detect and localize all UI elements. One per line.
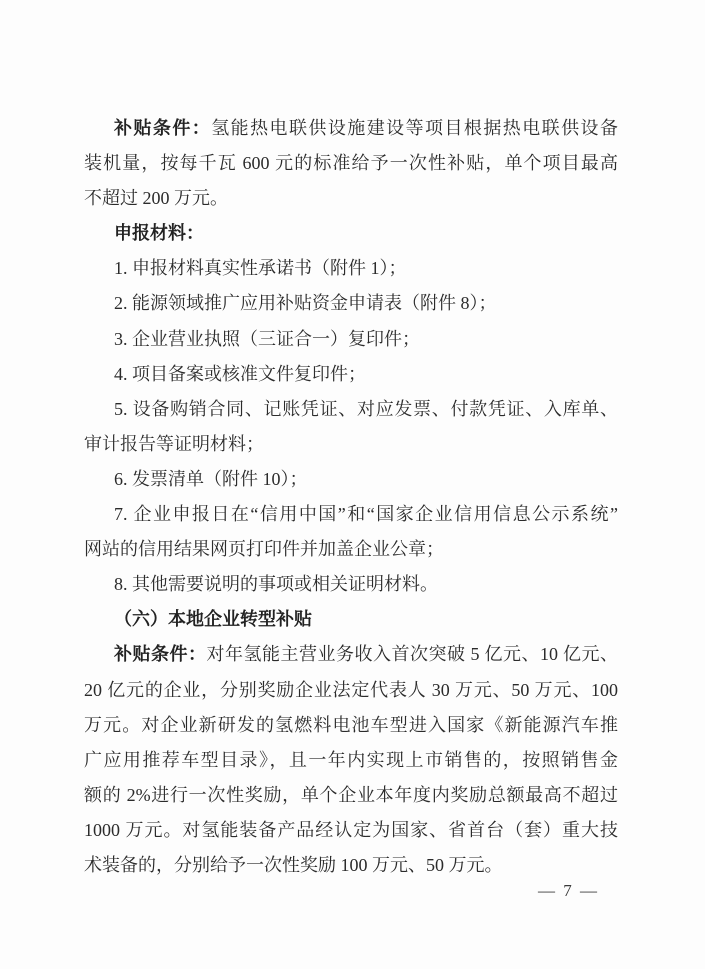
- text-line-20: 额的 2%进行一次性奖励，单个企业本年度内奖励总额最高不超过: [84, 778, 618, 813]
- text-line-2: 装机量，按每千瓦 600 元的标准给予一次性补贴，单个项目最高: [84, 146, 618, 181]
- text-line-7: 3. 企业营业执照（三证合一）复印件；: [84, 322, 618, 357]
- text-segment: 不超过 200 万元。: [84, 188, 228, 208]
- text-segment: 1. 申报材料真实性承诺书（附件 1）；: [114, 258, 407, 278]
- text-segment: 对年氢能主营业务收入首次突破 5 亿元、10 亿元、: [207, 644, 619, 664]
- text-line-17: 20 亿元的企业，分别奖励企业法定代表人 30 万元、50 万元、100: [84, 673, 618, 708]
- text-line-4: 申报材料：: [84, 216, 618, 251]
- text-line-19: 广应用推荐车型目录》，且一年内实现上市销售的，按照销售金: [84, 743, 618, 778]
- text-segment: 术装备的，分别给予一次性奖励 100 万元、50 万元。: [84, 855, 503, 875]
- text-line-11: 6. 发票清单（附件 10）；: [84, 462, 618, 497]
- text-segment: 额的 2%进行一次性奖励，单个企业本年度内奖励总额最高不超过: [84, 785, 618, 805]
- bold-lead-label: 补贴条件：: [114, 118, 211, 138]
- text-segment: 装机量，按每千瓦 600 元的标准给予一次性补贴，单个项目最高: [84, 153, 618, 173]
- document-page: 补贴条件：氢能热电联供设施建设等项目根据热电联供设备装机量，按每千瓦 600 元…: [0, 0, 705, 969]
- text-segment: 2. 能源领域推广应用补贴资金申请表（附件 8）；: [114, 293, 497, 313]
- text-line-16: 补贴条件：对年氢能主营业务收入首次突破 5 亿元、10 亿元、: [84, 637, 618, 672]
- text-line-5: 1. 申报材料真实性承诺书（附件 1）；: [84, 251, 618, 286]
- text-segment: 万元。对企业新研发的氢燃料电池车型进入国家《新能源汽车推: [84, 715, 618, 735]
- text-segment: 氢能热电联供设施建设等项目根据热电联供设备: [211, 118, 618, 138]
- bold-lead-label: 补贴条件：: [114, 644, 207, 664]
- text-segment: 审计报告等证明材料；: [84, 434, 264, 454]
- document-body: 补贴条件：氢能热电联供设施建设等项目根据热电联供设备装机量，按每千瓦 600 元…: [84, 111, 618, 883]
- bold-lead-label: （六）本地企业转型补贴: [114, 609, 312, 629]
- text-segment: 网站的信用结果网页打印件并加盖企业公章；: [84, 539, 444, 559]
- text-segment: 3. 企业营业执照（三证合一）复印件；: [114, 329, 420, 349]
- text-segment: 1000 万元。对氢能装备产品经认定为国家、省首台（套）重大技: [84, 820, 618, 840]
- text-line-15: （六）本地企业转型补贴: [84, 602, 618, 637]
- text-segment: 4. 项目备案或核准文件复印件；: [114, 364, 366, 384]
- text-line-22: 术装备的，分别给予一次性奖励 100 万元、50 万元。: [84, 848, 618, 883]
- page-number: — 7 —: [538, 881, 599, 901]
- text-line-8: 4. 项目备案或核准文件复印件；: [84, 357, 618, 392]
- text-segment: 7. 企业申报日在“信用中国”和“国家企业信用信息公示系统”: [114, 504, 618, 524]
- text-line-10: 审计报告等证明材料；: [84, 427, 618, 462]
- text-line-3: 不超过 200 万元。: [84, 181, 618, 216]
- text-line-6: 2. 能源领域推广应用补贴资金申请表（附件 8）；: [84, 286, 618, 321]
- text-line-14: 8. 其他需要说明的事项或相关证明材料。: [84, 567, 618, 602]
- text-line-9: 5. 设备购销合同、记账凭证、对应发票、付款凭证、入库单、: [84, 392, 618, 427]
- text-line-21: 1000 万元。对氢能装备产品经认定为国家、省首台（套）重大技: [84, 813, 618, 848]
- text-segment: 6. 发票清单（附件 10）；: [114, 469, 308, 489]
- bold-lead-label: 申报材料：: [114, 223, 204, 243]
- text-segment: 20 亿元的企业，分别奖励企业法定代表人 30 万元、50 万元、100: [84, 680, 618, 700]
- text-segment: 广应用推荐车型目录》，且一年内实现上市销售的，按照销售金: [84, 750, 618, 770]
- text-line-12: 7. 企业申报日在“信用中国”和“国家企业信用信息公示系统”: [84, 497, 618, 532]
- text-segment: 8. 其他需要说明的事项或相关证明材料。: [114, 574, 438, 594]
- text-line-1: 补贴条件：氢能热电联供设施建设等项目根据热电联供设备: [84, 111, 618, 146]
- text-segment: 5. 设备购销合同、记账凭证、对应发票、付款凭证、入库单、: [114, 399, 618, 419]
- text-line-13: 网站的信用结果网页打印件并加盖企业公章；: [84, 532, 618, 567]
- text-line-18: 万元。对企业新研发的氢燃料电池车型进入国家《新能源汽车推: [84, 708, 618, 743]
